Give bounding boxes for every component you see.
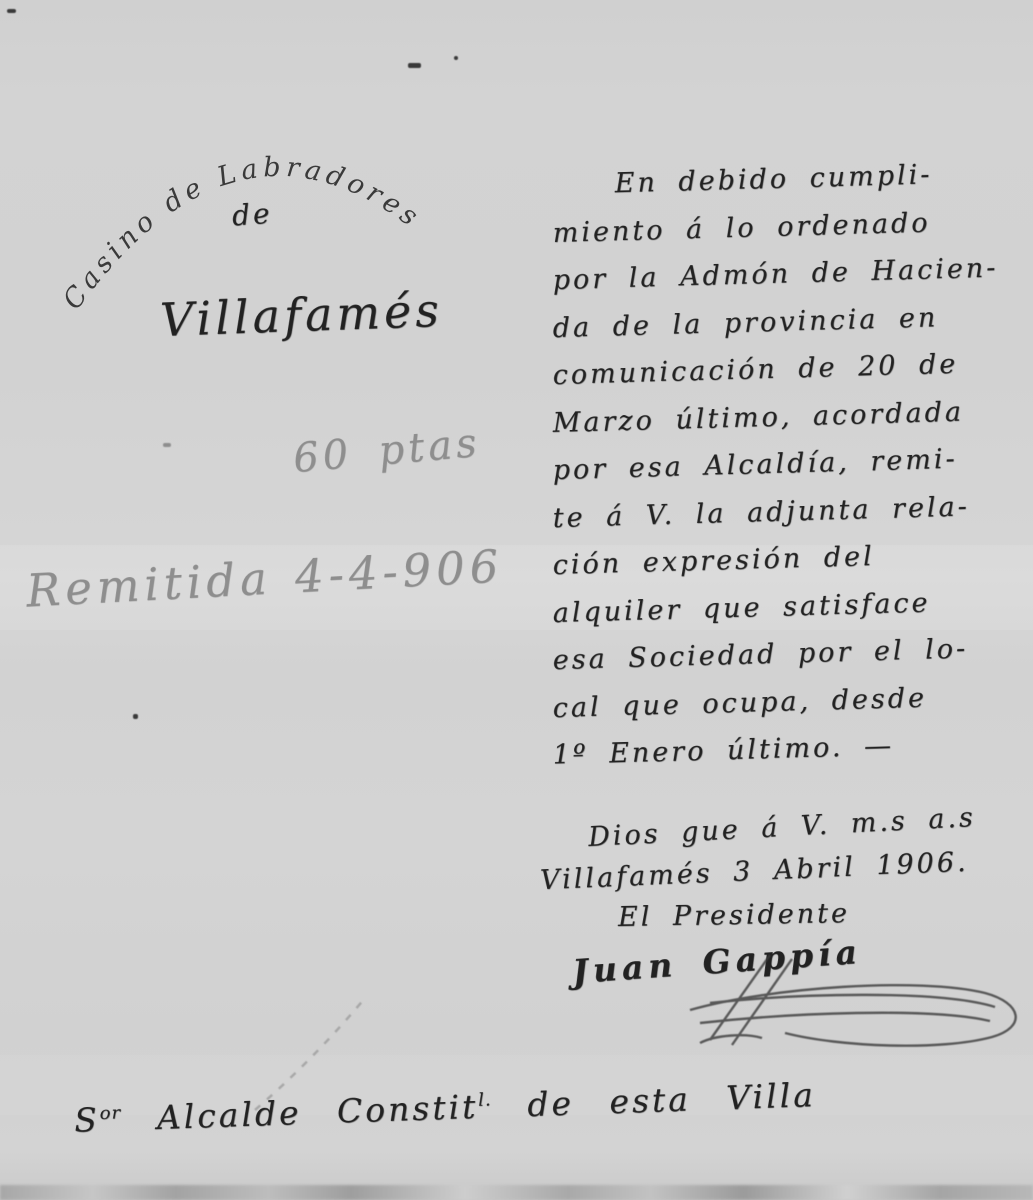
letter-body: En debido cumpli- miento á lo ordenado p… xyxy=(553,170,1033,788)
addressee-mid: Alcalde Constit xyxy=(121,1087,479,1138)
ink-speck xyxy=(408,63,421,68)
pencil-remitted-note: Remitida 4-4-906 xyxy=(25,540,505,618)
ink-speck xyxy=(454,56,458,60)
letterhead-de: de xyxy=(231,197,274,233)
addressee-pre-sup: or xyxy=(99,1102,121,1124)
closing-salute: Dios gue á V. m.s a.s xyxy=(587,802,976,853)
signature-rubric xyxy=(540,935,1033,1075)
signer-role: El Presidente xyxy=(618,898,850,933)
addressee-pre: S xyxy=(74,1100,101,1140)
ink-speck xyxy=(163,443,171,447)
pencil-amount-note: 60 ptas xyxy=(291,420,482,482)
ink-speck xyxy=(7,9,16,13)
addressee-post: de esta Villa xyxy=(491,1075,816,1125)
addressee-mid-sup: l. xyxy=(478,1089,492,1110)
ink-speck xyxy=(133,714,138,719)
letterhead-place: Villafamés xyxy=(159,283,444,347)
date-line: Villafamés 3 Abril 1906. xyxy=(540,847,970,897)
bottom-scan-edge xyxy=(0,1185,1033,1200)
addressee-line: Sor Alcalde Constitl. de esta Villa xyxy=(74,1075,817,1140)
scanned-letter-page: Casino de Labradores de Villafamés 60 pt… xyxy=(0,0,1033,1200)
